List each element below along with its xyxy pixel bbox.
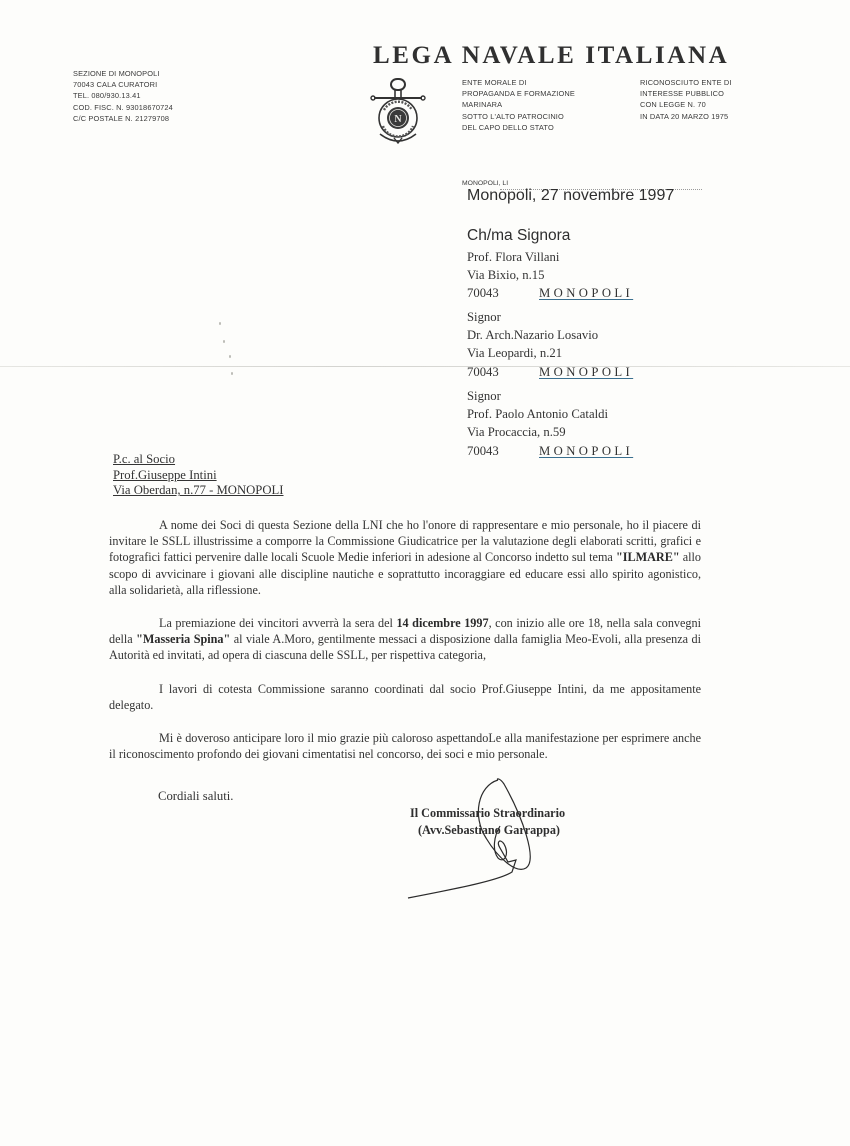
recipient-city-line: 70043MONOPOLI: [467, 363, 633, 381]
tagline-line: ENTE MORALE DI: [462, 77, 575, 88]
event-date: 14 dicembre 1997: [396, 616, 488, 630]
anchor-emblem-icon: N: [368, 78, 428, 144]
recipient-zip: 70043: [467, 442, 539, 460]
sender-line: SEZIONE DI MONOPOLI: [73, 68, 173, 79]
letter-body: A nome dei Soci di questa Sezione della …: [109, 517, 701, 779]
tagline-line: MARINARA: [462, 99, 575, 110]
recipient-title: Signor: [467, 308, 633, 326]
recipient-city-line: 70043MONOPOLI: [467, 442, 633, 460]
tagline-line: IN DATA 20 MARZO 1975: [640, 111, 732, 122]
recipient-city: MONOPOLI: [539, 365, 633, 379]
handwritten-signature: [400, 776, 570, 906]
body-text: A nome dei Soci di questa Sezione della …: [109, 518, 701, 564]
recipient-city: MONOPOLI: [539, 444, 633, 458]
recipient-address: Prof. Flora Villani Via Bixio, n.15 7004…: [467, 248, 633, 303]
cc-block: P.c. al Socio Prof.Giuseppe Intini Via O…: [113, 452, 284, 499]
tagline-left: ENTE MORALE DI PROPAGANDA E FORMAZIONE M…: [462, 77, 575, 133]
date-label: MONOPOLI, LI: [462, 180, 508, 187]
recipient-name: Prof. Paolo Antonio Cataldi: [467, 405, 633, 423]
sender-line: TEL. 080/930.13.41: [73, 90, 173, 101]
tagline-line: INTERESSE PUBBLICO: [640, 88, 732, 99]
recipient-title: Signor: [467, 387, 633, 405]
tagline-right: RICONOSCIUTO ENTE DI INTERESSE PUBBLICO …: [640, 77, 732, 122]
svg-text:N: N: [394, 114, 402, 125]
body-paragraph: I lavori di cotesta Commissione saranno …: [109, 681, 701, 713]
closing: Cordiali saluti.: [158, 789, 233, 804]
body-paragraph: La premiazione dei vincitori avverrà la …: [109, 615, 701, 664]
recipient-street: Via Bixio, n.15: [467, 266, 633, 284]
paper-speck: [219, 322, 221, 325]
recipient-street: Via Leopardi, n.21: [467, 344, 633, 362]
tagline-line: PROPAGANDA E FORMAZIONE: [462, 88, 575, 99]
contest-theme: "ILMARE": [616, 550, 680, 564]
sender-line: 70043 CALA CURATORI: [73, 79, 173, 90]
recipient-city: MONOPOLI: [539, 286, 633, 300]
tagline-line: CON LEGGE N. 70: [640, 99, 732, 110]
sender-line: C/C POSTALE N. 21279708: [73, 113, 173, 124]
body-text: La premiazione dei vincitori avverrà la …: [159, 616, 396, 630]
organization-title: LEGA NAVALE ITALIANA: [373, 42, 729, 70]
paper-speck: [229, 355, 231, 358]
sender-address-block: SEZIONE DI MONOPOLI 70043 CALA CURATORI …: [73, 68, 173, 124]
tagline-line: DEL CAPO DELLO STATO: [462, 122, 575, 133]
paper-speck: [223, 340, 225, 343]
recipient-zip: 70043: [467, 284, 539, 302]
letter-date: Monopoli, 27 novembre 1997: [467, 187, 674, 205]
cc-line: P.c. al Socio: [113, 452, 284, 468]
recipient-city-line: 70043MONOPOLI: [467, 284, 633, 302]
sender-line: COD. FISC. N. 93018670724: [73, 102, 173, 113]
cc-line: Via Oberdan, n.77 - MONOPOLI: [113, 483, 284, 499]
tagline-line: RICONOSCIUTO ENTE DI: [640, 77, 732, 88]
paper-speck: [369, 573, 371, 577]
salutation: Ch/ma Signora: [467, 227, 570, 245]
recipient-zip: 70043: [467, 363, 539, 381]
recipient-address: Signor Prof. Paolo Antonio Cataldi Via P…: [467, 387, 633, 460]
body-paragraph: Mi è doveroso anticipare loro il mio gra…: [109, 730, 701, 762]
event-venue: "Masseria Spina": [136, 632, 230, 646]
recipient-name: Dr. Arch.Nazario Losavio: [467, 326, 633, 344]
tagline-line: SOTTO L'ALTO PATROCINIO: [462, 111, 575, 122]
recipient-street: Via Procaccia, n.59: [467, 423, 633, 441]
recipient-address: Signor Dr. Arch.Nazario Losavio Via Leop…: [467, 308, 633, 381]
cc-line: Prof.Giuseppe Intini: [113, 468, 284, 484]
recipient-name: Prof. Flora Villani: [467, 248, 633, 266]
body-paragraph: A nome dei Soci di questa Sezione della …: [109, 517, 701, 598]
paper-speck: [231, 372, 233, 375]
paper-fold-line: [0, 366, 850, 367]
